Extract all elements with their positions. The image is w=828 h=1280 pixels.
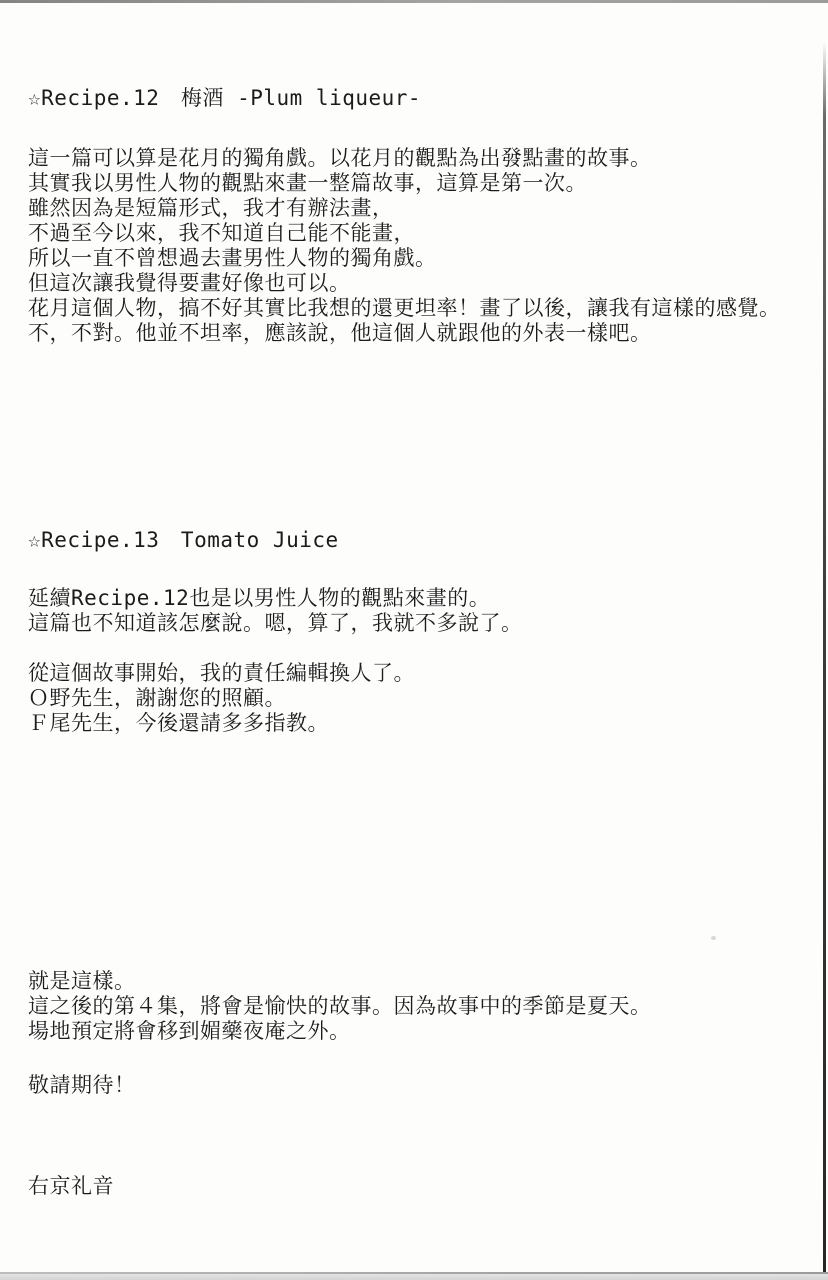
- recipe-13-heading: ☆Recipe.13 Tomato Juice: [28, 528, 339, 553]
- recipe-13-paragraph-1: 延續Recipe.12也是以男性人物的觀點來畫的。 這篇也不知道該怎麼說。嗯，算…: [28, 586, 523, 636]
- text-line: 這篇也不知道該怎麼說。嗯，算了，我就不多說了。: [28, 611, 523, 636]
- text-line: 不過至今以來，我不知道自己能不能畫，: [28, 221, 781, 246]
- text-line: 所以一直不曾想過去畫男性人物的獨角戲。: [28, 246, 781, 271]
- scan-edge-right: [823, 42, 826, 1276]
- text-line: 從這個故事開始，我的責任編輯換人了。: [28, 661, 415, 686]
- recipe-12-section-heading-block: ☆Recipe.12 梅酒 -Plum liqueur-: [28, 86, 421, 111]
- text-line: 不，不對。他並不坦率，應該說，他這個人就跟他的外表一樣吧。: [28, 321, 781, 346]
- text-line: 這一篇可以算是花月的獨角戲。以花月的觀點為出發點畫的故事。: [28, 146, 781, 171]
- text-line: 場地預定將會移到媚藥夜庵之外。: [28, 1019, 652, 1044]
- text-line: 其實我以男性人物的觀點來畫一整篇故事，這算是第一次。: [28, 171, 781, 196]
- text-line: Ｆ尾先生，今後還請多多指教。: [28, 711, 415, 736]
- scanned-afterword-page: ☆Recipe.12 梅酒 -Plum liqueur- 這一篇可以算是花月的獨…: [0, 0, 828, 1280]
- author-signature-block: 右京礼音: [28, 1174, 114, 1199]
- scan-speck: [711, 936, 716, 940]
- author-signature: 右京礼音: [28, 1174, 114, 1199]
- text-line: 就是這樣。: [28, 969, 652, 994]
- closing-paragraph: 就是這樣。 這之後的第４集，將會是愉快的故事。因為故事中的季節是夏天。 場地預定…: [28, 969, 652, 1044]
- text-line: Ｏ野先生，謝謝您的照顧。: [28, 686, 415, 711]
- text-line: 延續Recipe.12也是以男性人物的觀點來畫的。: [28, 586, 523, 611]
- text-line: 但這次讓我覺得要畫好像也可以。: [28, 271, 781, 296]
- recipe-13-paragraph-2: 從這個故事開始，我的責任編輯換人了。 Ｏ野先生，謝謝您的照顧。 Ｆ尾先生，今後還…: [28, 661, 415, 736]
- scan-edge-bottom-strip: [0, 1274, 828, 1280]
- text-line: 這之後的第４集，將會是愉快的故事。因為故事中的季節是夏天。: [28, 994, 652, 1019]
- scan-edge-top: [0, 0, 828, 3]
- closing-cta-block: 敬請期待！: [28, 1073, 136, 1098]
- text-line: 雖然因為是短篇形式，我才有辦法畫，: [28, 196, 781, 221]
- recipe-12-heading: ☆Recipe.12 梅酒 -Plum liqueur-: [28, 86, 421, 111]
- recipe-13-section-heading-block: ☆Recipe.13 Tomato Juice: [28, 528, 339, 553]
- closing-cta: 敬請期待！: [28, 1073, 136, 1098]
- recipe-12-paragraph: 這一篇可以算是花月的獨角戲。以花月的觀點為出發點畫的故事。 其實我以男性人物的觀…: [28, 146, 781, 346]
- text-line: 花月這個人物，搞不好其實比我想的還更坦率！畫了以後，讓我有這樣的感覺。: [28, 296, 781, 321]
